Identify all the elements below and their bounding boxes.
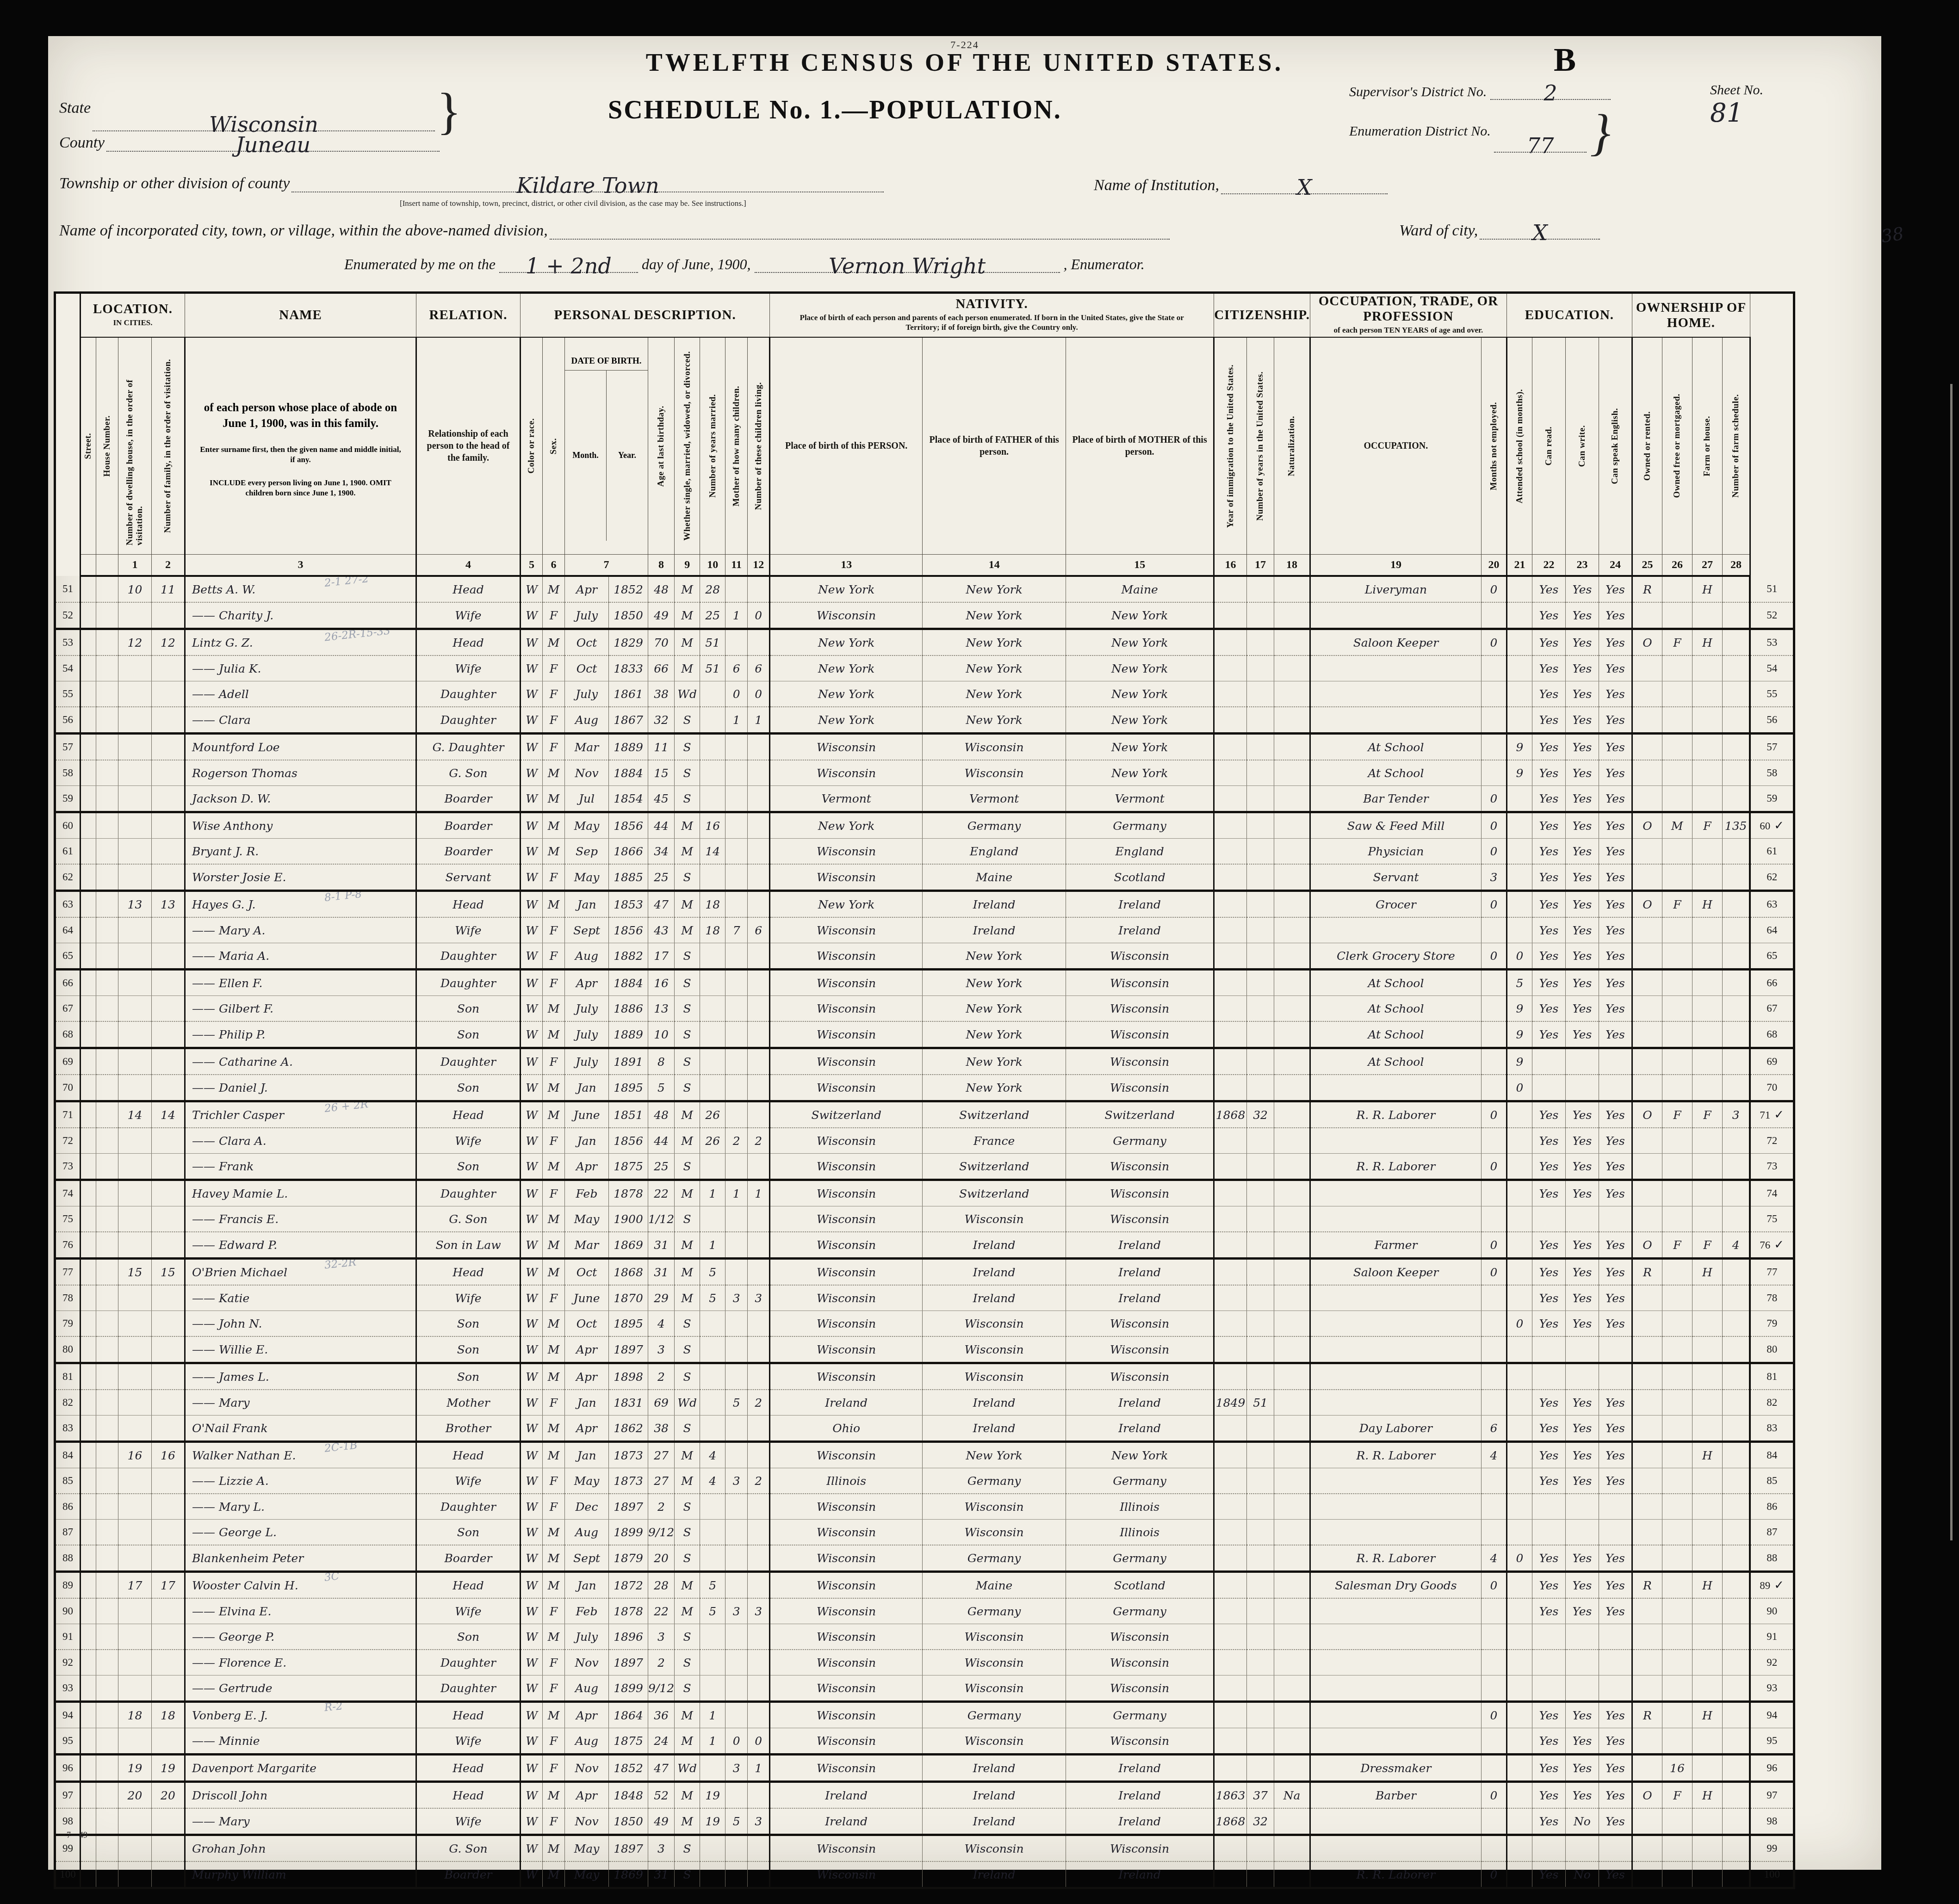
cell-birthplace-mother: Wisconsin — [1066, 1206, 1214, 1232]
cell-children-born — [725, 1311, 748, 1337]
cell-rownumR: 63 — [1750, 891, 1794, 918]
cell-children-living: 6 — [748, 917, 770, 943]
cell-years-in-us — [1246, 1336, 1274, 1363]
cell-naturalization — [1274, 891, 1310, 918]
cell-birth-year: 1829 — [609, 629, 648, 656]
cell-children-born: 3 — [725, 1285, 748, 1311]
cell-attended-school — [1506, 1363, 1532, 1390]
cell-farm-or-house: H — [1692, 1702, 1722, 1728]
cell-can-speak-english: Yes — [1599, 1311, 1632, 1337]
cell-can-write: Yes — [1565, 1728, 1599, 1755]
cell-birth-year: 1868 — [609, 1259, 648, 1286]
cell-can-read — [1532, 1075, 1565, 1101]
cell-family-number — [152, 602, 185, 629]
cell-birth-month: Sep — [565, 839, 609, 865]
cell-rownum: 66 — [55, 970, 81, 996]
cell-can-write: Yes — [1565, 1101, 1599, 1128]
cell-house-number — [96, 1285, 118, 1311]
cell-occupation — [1310, 655, 1481, 681]
cell-attended-school — [1506, 786, 1532, 812]
cell-rownum: 75 — [55, 1206, 81, 1232]
check-mark: ✓ — [1770, 819, 1784, 832]
check-mark: ✓ — [1770, 1108, 1784, 1121]
cell-can-read: Yes — [1532, 1755, 1565, 1782]
cell-farm-schedule-number — [1722, 1048, 1750, 1075]
cell-can-read: Yes — [1532, 602, 1565, 629]
cell-children-living — [748, 786, 770, 812]
sheet-value: 81 — [1710, 98, 1743, 128]
cell-rownumR: 99 — [1750, 1835, 1794, 1862]
cell-rownum: 72 — [55, 1128, 81, 1154]
form-header: 7-224 TWELFTH CENSUS OF THE UNITED STATE… — [48, 36, 1881, 291]
cell-relation: Son — [416, 1311, 521, 1337]
cell-name: —— Frank — [185, 1154, 416, 1180]
table-row: 70—— Daniel J.SonWMJan18955SWisconsinNew… — [55, 1075, 1794, 1101]
cell-age: 48 — [648, 1101, 675, 1128]
cell-occupation: Dressmaker — [1310, 1755, 1481, 1782]
cell-attended-school: 0 — [1506, 1545, 1532, 1572]
cell-months-not-employed — [1481, 1285, 1506, 1311]
cell-birth-month: May — [565, 864, 609, 891]
cell-owned-or-rented — [1632, 1442, 1662, 1468]
cell-farm-schedule-number — [1722, 1416, 1750, 1442]
cell-farm-schedule-number — [1722, 1728, 1750, 1755]
cell-farm-schedule-number — [1722, 1021, 1750, 1048]
enum-suffix: , Enumerator. — [1064, 256, 1145, 272]
cell-name: —— Philip P. — [185, 1021, 416, 1048]
cell-naturalization — [1274, 1206, 1310, 1232]
cell-occupation: Grocer — [1310, 891, 1481, 918]
cell-attended-school: 5 — [1506, 970, 1532, 996]
cell-rownum: 64 — [55, 917, 81, 943]
cell-immigration-year — [1214, 1075, 1247, 1101]
cell-naturalization — [1274, 1835, 1310, 1862]
cell-can-read: Yes — [1532, 1259, 1565, 1286]
cell-marital-status: S — [675, 996, 700, 1022]
cell-birth-year: 1879 — [609, 1545, 648, 1572]
cell-can-speak-english — [1599, 1363, 1632, 1390]
cell-occupation — [1310, 1311, 1481, 1337]
cell-name: Rogerson Thomas — [185, 760, 416, 786]
cell-birthplace-father: Germany — [923, 812, 1066, 839]
cell-can-write: Yes — [1565, 1154, 1599, 1180]
cell-years-in-us — [1246, 786, 1274, 812]
cell-immigration-year — [1214, 629, 1247, 656]
cell-house-number — [96, 1101, 118, 1128]
cell-family-number — [152, 1624, 185, 1650]
cell-birthplace-father: Ireland — [923, 1390, 1066, 1416]
cell-years-in-us — [1246, 1520, 1274, 1545]
cell-marital-status: S — [675, 1154, 700, 1180]
cell-birthplace-father: Switzerland — [923, 1101, 1066, 1128]
header-years-in-us: Number of years in the United States. — [1246, 337, 1274, 555]
cell-immigration-year — [1214, 1416, 1247, 1442]
cell-attended-school — [1506, 1755, 1532, 1782]
cell-relation: Son — [416, 1363, 521, 1390]
cell-owned-or-rented — [1632, 1468, 1662, 1494]
cell-immigration-year — [1214, 1675, 1247, 1702]
cell-immigration-year — [1214, 812, 1247, 839]
cell-dwelling-number — [118, 943, 152, 970]
cell-sex: M — [543, 839, 565, 865]
cell-color-race: W — [521, 1808, 543, 1835]
cell-birth-year: 1882 — [609, 943, 648, 970]
cell-years-in-us — [1246, 1075, 1274, 1101]
cell-birth-month: Aug — [565, 707, 609, 734]
cell-birth-month: May — [565, 812, 609, 839]
cell-sex: F — [543, 917, 565, 943]
cell-children-born: 0 — [725, 1728, 748, 1755]
cell-years-in-us — [1246, 1259, 1274, 1286]
cell-can-write — [1565, 1206, 1599, 1232]
cell-birthplace-father: Wisconsin — [923, 734, 1066, 760]
cell-years-married — [700, 1755, 725, 1782]
colnum-can-speak-english: 24 — [1599, 555, 1632, 576]
cell-farm-or-house: H — [1692, 891, 1722, 918]
cell-occupation: Servant — [1310, 864, 1481, 891]
cell-naturalization — [1274, 1363, 1310, 1390]
cell-birth-month: July — [565, 681, 609, 707]
cell-years-married: 5 — [700, 1259, 725, 1286]
cell-family-number — [152, 1728, 185, 1755]
cell-attended-school — [1506, 1336, 1532, 1363]
cell-months-not-employed: 0 — [1481, 1232, 1506, 1259]
cell-age: 24 — [648, 1728, 675, 1755]
cell-can-speak-english: Yes — [1599, 1128, 1632, 1154]
cell-immigration-year — [1214, 1154, 1247, 1180]
cell-family-number — [152, 1363, 185, 1390]
cell-attended-school — [1506, 1675, 1532, 1702]
cell-birthplace-father: New York — [923, 681, 1066, 707]
cell-name: —— Minnie — [185, 1728, 416, 1755]
cell-color-race: W — [521, 1520, 543, 1545]
cell-immigration-year — [1214, 996, 1247, 1022]
cell-occupation: R. R. Laborer — [1310, 1154, 1481, 1180]
cell-children-living — [748, 839, 770, 865]
cell-house-number — [96, 1675, 118, 1702]
cell-marital-status: S — [675, 1675, 700, 1702]
cell-rownumR: 90 — [1750, 1598, 1794, 1624]
cell-age: 44 — [648, 1128, 675, 1154]
cell-attended-school — [1506, 1468, 1532, 1494]
cell-can-speak-english: Yes — [1599, 655, 1632, 681]
cell-can-write: Yes — [1565, 1311, 1599, 1337]
cell-farm-schedule-number — [1722, 1624, 1750, 1650]
cell-years-married: 26 — [700, 1128, 725, 1154]
cell-children-living — [748, 1416, 770, 1442]
cell-can-write — [1565, 1675, 1599, 1702]
cell-color-race: W — [521, 1021, 543, 1048]
cell-months-not-employed — [1481, 1598, 1506, 1624]
cell-house-number — [96, 1336, 118, 1363]
cell-rownum: 93 — [55, 1675, 81, 1702]
cell-can-write: Yes — [1565, 1755, 1599, 1782]
cell-owned-free-or-mortgaged: F — [1662, 1101, 1692, 1128]
cell-immigration-year — [1214, 760, 1247, 786]
cell-rownumR: 59 — [1750, 786, 1794, 812]
cell-immigration-year — [1214, 602, 1247, 629]
cell-age: 4 — [648, 1311, 675, 1337]
cell-birthplace-father: Ireland — [923, 891, 1066, 918]
cell-sex: F — [543, 970, 565, 996]
cell-family-number — [152, 1675, 185, 1702]
cell-color-race: W — [521, 602, 543, 629]
cell-can-write: Yes — [1565, 707, 1599, 734]
cell-dwelling-number — [118, 1021, 152, 1048]
cell-occupation — [1310, 1520, 1481, 1545]
cell-sex: F — [543, 707, 565, 734]
cell-owned-free-or-mortgaged — [1662, 996, 1692, 1022]
cell-owned-or-rented — [1632, 1755, 1662, 1782]
institution-value: X — [1297, 175, 1312, 200]
cell-months-not-employed — [1481, 1048, 1506, 1075]
cell-rownumR: 57 — [1750, 734, 1794, 760]
cell-occupation: At School — [1310, 734, 1481, 760]
cell-marital-status: M — [675, 812, 700, 839]
colnum-street — [81, 555, 96, 576]
cell-can-write: Yes — [1565, 1782, 1599, 1809]
cell-rownumR: 94 — [1750, 1702, 1794, 1728]
cell-sex: M — [543, 576, 565, 602]
cell-relation: G. Son — [416, 760, 521, 786]
cell-can-read: Yes — [1532, 1572, 1565, 1599]
cell-age: 70 — [648, 629, 675, 656]
cell-family-number — [152, 655, 185, 681]
cell-sex: M — [543, 1861, 565, 1888]
cell-relation: Head — [416, 1702, 521, 1728]
cell-owned-free-or-mortgaged — [1662, 943, 1692, 970]
pencil-annotation: 26 + 2R — [324, 1101, 369, 1115]
cell-can-speak-english — [1599, 1336, 1632, 1363]
table-row: 88Blankenheim PeterBoarderWMSept187920SW… — [55, 1545, 1794, 1572]
cell-can-read — [1532, 1494, 1565, 1520]
cell-owned-free-or-mortgaged — [1662, 1545, 1692, 1572]
cell-birthplace-mother: Germany — [1066, 1128, 1214, 1154]
cell-occupation: Barber — [1310, 1782, 1481, 1809]
cell-can-read: Yes — [1532, 864, 1565, 891]
cell-birthplace-person: Wisconsin — [770, 1520, 923, 1545]
cell-birthplace-mother: Wisconsin — [1066, 1021, 1214, 1048]
state-line: State Wisconsin } — [59, 91, 461, 131]
cell-occupation — [1310, 1285, 1481, 1311]
cell-birthplace-person: Wisconsin — [770, 1442, 923, 1468]
cell-name: Walker Nathan E.2C-1B — [185, 1442, 416, 1468]
cell-attended-school — [1506, 1285, 1532, 1311]
cell-birth-month: Oct — [565, 1259, 609, 1286]
cell-street — [81, 1180, 96, 1206]
cell-owned-free-or-mortgaged — [1662, 1311, 1692, 1337]
cell-family-number — [152, 1416, 185, 1442]
cell-farm-or-house: F — [1692, 812, 1722, 839]
header-months-not-employed: Months not employed. — [1481, 337, 1506, 555]
cell-months-not-employed — [1481, 1021, 1506, 1048]
colnum-can-read: 22 — [1532, 555, 1565, 576]
cell-can-write: Yes — [1565, 996, 1599, 1022]
cell-birthplace-mother: New York — [1066, 629, 1214, 656]
cell-family-number: 12 — [152, 629, 185, 656]
cell-owned-or-rented — [1632, 1336, 1662, 1363]
cell-occupation — [1310, 1180, 1481, 1206]
state-brace: } — [437, 83, 461, 139]
scan-edge-sliver — [1950, 384, 1953, 1540]
cell-marital-status: M — [675, 1808, 700, 1835]
cell-rownum: 85 — [55, 1468, 81, 1494]
cell-age: 5 — [648, 1075, 675, 1101]
cell-relation: Daughter — [416, 681, 521, 707]
cell-naturalization — [1274, 1442, 1310, 1468]
cell-birthplace-person: Illinois — [770, 1468, 923, 1494]
cell-can-write: Yes — [1565, 1285, 1599, 1311]
cell-can-read: Yes — [1532, 1232, 1565, 1259]
cell-birthplace-father: New York — [923, 1075, 1066, 1101]
cell-farm-or-house — [1692, 1468, 1722, 1494]
cell-years-in-us: 51 — [1246, 1390, 1274, 1416]
cell-farm-or-house — [1692, 1675, 1722, 1702]
cell-street — [81, 1624, 96, 1650]
cell-can-speak-english: Yes — [1599, 1285, 1632, 1311]
cell-months-not-employed: 0 — [1481, 1861, 1506, 1888]
cell-children-born — [725, 1520, 748, 1545]
cell-family-number — [152, 707, 185, 734]
cell-street — [81, 1702, 96, 1728]
cell-house-number — [96, 1311, 118, 1337]
colnum-attended-school: 21 — [1506, 555, 1532, 576]
cell-marital-status: M — [675, 1259, 700, 1286]
cell-birth-month: May — [565, 1206, 609, 1232]
cell-birthplace-mother: Wisconsin — [1066, 1675, 1214, 1702]
cell-owned-or-rented: O — [1632, 1782, 1662, 1809]
cell-immigration-year — [1214, 1624, 1247, 1650]
cell-rownum: 68 — [55, 1021, 81, 1048]
cell-name: —— Mary A. — [185, 917, 416, 943]
cell-birthplace-mother: Ireland — [1066, 1861, 1214, 1888]
cell-can-write: Yes — [1565, 891, 1599, 918]
cell-children-born — [725, 1861, 748, 1888]
cell-house-number — [96, 970, 118, 996]
table-row: 66—— Ellen F.DaughterWFApr188416SWiscons… — [55, 970, 1794, 996]
cell-attended-school — [1506, 1390, 1532, 1416]
cell-color-race: W — [521, 655, 543, 681]
cell-can-write: Yes — [1565, 1442, 1599, 1468]
cell-years-in-us — [1246, 576, 1274, 602]
cell-children-born — [725, 864, 748, 891]
cell-marital-status: S — [675, 864, 700, 891]
cell-owned-or-rented — [1632, 1520, 1662, 1545]
cell-rownumR: 88 — [1750, 1545, 1794, 1572]
cell-can-read: Yes — [1532, 1468, 1565, 1494]
cell-rownumR: 83 — [1750, 1416, 1794, 1442]
cell-owned-free-or-mortgaged: F — [1662, 629, 1692, 656]
pencil-annotation: 2C-1B — [324, 1442, 358, 1455]
cell-house-number — [96, 1728, 118, 1755]
cell-family-number — [152, 970, 185, 996]
cell-house-number — [96, 812, 118, 839]
cell-birthplace-person: Wisconsin — [770, 970, 923, 996]
cell-farm-or-house: H — [1692, 576, 1722, 602]
cell-owned-free-or-mortgaged — [1662, 1835, 1692, 1862]
sub-header-row: Street.House Number.Number of dwelling h… — [55, 337, 1794, 555]
cell-farm-or-house — [1692, 786, 1722, 812]
cell-can-read: Yes — [1532, 1702, 1565, 1728]
cell-children-living: 0 — [748, 1728, 770, 1755]
cell-immigration-year — [1214, 1259, 1247, 1286]
cell-farm-or-house — [1692, 970, 1722, 996]
group-relation-: RELATION. — [416, 293, 521, 338]
cell-occupation: R. R. Laborer — [1310, 1545, 1481, 1572]
cell-years-married: 51 — [700, 655, 725, 681]
cell-farm-or-house — [1692, 1048, 1722, 1075]
cell-family-number — [152, 943, 185, 970]
cell-owned-free-or-mortgaged — [1662, 839, 1692, 865]
cell-children-born — [725, 576, 748, 602]
table-row: 941818Vonberg E. J.R-2HeadWMApr186436M1W… — [55, 1702, 1794, 1728]
cell-birthplace-father: Wisconsin — [923, 1675, 1066, 1702]
table-row: 511011Betts A. W.2-1 27-2HeadWMApr185248… — [55, 576, 1794, 602]
cell-birth-year: 1897 — [609, 1336, 648, 1363]
cell-age: 16 — [648, 970, 675, 996]
cell-naturalization — [1274, 1494, 1310, 1520]
cell-birthplace-person: Wisconsin — [770, 1206, 923, 1232]
cell-owned-free-or-mortgaged — [1662, 1259, 1692, 1286]
cell-street — [81, 1075, 96, 1101]
cell-children-born — [725, 1075, 748, 1101]
cell-immigration-year — [1214, 1598, 1247, 1624]
cell-farm-schedule-number — [1722, 943, 1750, 970]
cell-months-not-employed: 0 — [1481, 839, 1506, 865]
cell-relation: Head — [416, 1259, 521, 1286]
cell-farm-or-house — [1692, 1545, 1722, 1572]
cell-owned-or-rented — [1632, 864, 1662, 891]
cell-birth-month: Jan — [565, 1572, 609, 1599]
cell-color-race: W — [521, 917, 543, 943]
enumerator-value: Vernon Wright — [829, 253, 986, 278]
cell-birthplace-father: Ireland — [923, 1861, 1066, 1888]
cell-sex: F — [543, 1180, 565, 1206]
cell-years-in-us — [1246, 681, 1274, 707]
cell-marital-status: S — [675, 1075, 700, 1101]
cell-owned-or-rented — [1632, 1180, 1662, 1206]
cell-naturalization — [1274, 1101, 1310, 1128]
cell-birthplace-father: New York — [923, 707, 1066, 734]
cell-rownum: 52 — [55, 602, 81, 629]
cell-color-race: W — [521, 891, 543, 918]
cell-birthplace-person: Wisconsin — [770, 734, 923, 760]
cell-birthplace-person: Wisconsin — [770, 1650, 923, 1675]
cell-relation: Son — [416, 1021, 521, 1048]
cell-owned-free-or-mortgaged — [1662, 1336, 1692, 1363]
cell-birthplace-father: Ireland — [923, 1416, 1066, 1442]
cell-sex: F — [543, 1048, 565, 1075]
cell-family-number — [152, 839, 185, 865]
cell-marital-status: S — [675, 1363, 700, 1390]
cell-attended-school: 9 — [1506, 1048, 1532, 1075]
cell-naturalization — [1274, 970, 1310, 996]
cell-children-living: 1 — [748, 1180, 770, 1206]
cell-owned-or-rented — [1632, 1598, 1662, 1624]
cell-birthplace-mother: New York — [1066, 707, 1214, 734]
colnum-naturalization: 18 — [1274, 555, 1310, 576]
cell-owned-free-or-mortgaged — [1662, 760, 1692, 786]
colnum-farm-schedule-number: 28 — [1722, 555, 1750, 576]
cell-relation: Wife — [416, 1808, 521, 1835]
cell-owned-free-or-mortgaged — [1662, 1598, 1692, 1624]
cell-farm-or-house: H — [1692, 629, 1722, 656]
colnum-dwelling-number: 1 — [118, 555, 152, 576]
cell-attended-school — [1506, 917, 1532, 943]
cell-relation: Brother — [416, 1416, 521, 1442]
cell-attended-school: 0 — [1506, 1311, 1532, 1337]
cell-can-read: Yes — [1532, 1808, 1565, 1835]
